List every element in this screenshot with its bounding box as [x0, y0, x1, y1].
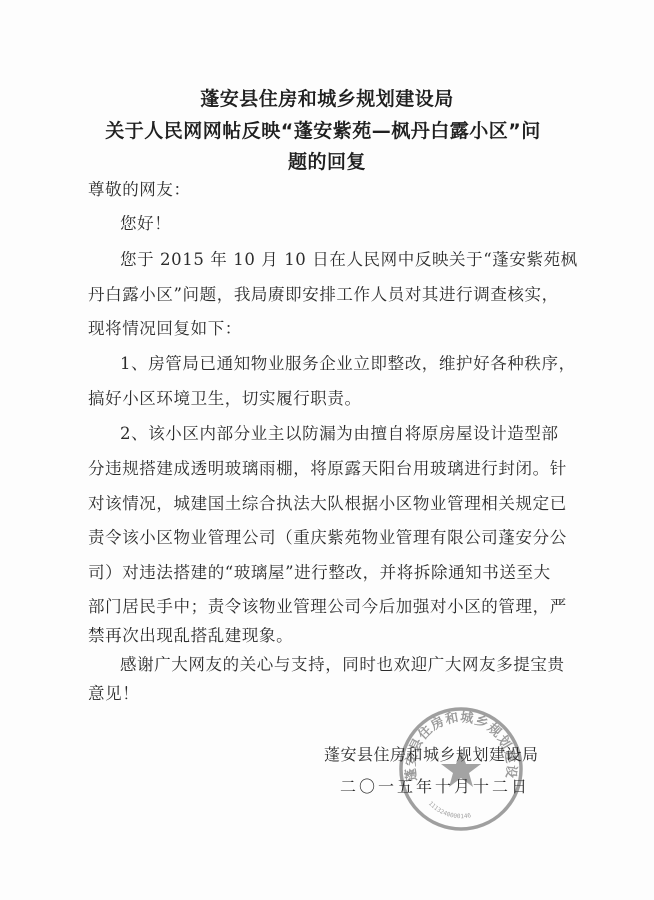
signature-date: 二〇一五年十月十二日 — [340, 774, 530, 797]
greeting: 您好！ — [120, 210, 171, 234]
official-seal-icon: 蓬安县住房和城乡规划建设局 1113240000146 — [398, 706, 524, 832]
svg-text:1113240000146: 1113240000146 — [427, 800, 472, 820]
title-line-1: 蓬安县住房和城乡规划建设局 — [0, 84, 654, 111]
body-line: 分违规搭建成透明玻璃雨棚，将原露天阳台用玻璃进行封闭。针 — [88, 455, 567, 479]
body-line: 禁再次出现乱搭乱建现象。 — [88, 622, 293, 646]
body-line: 现将情况回复如下： — [88, 315, 242, 339]
body-line: 1、房管局已通知物业服务企业立即整改，维护好各种秩序， — [120, 350, 576, 374]
body-line: 搞好小区环境卫生，切实履行职责。 — [88, 385, 362, 409]
salutation: 尊敬的网友： — [88, 176, 191, 200]
body-line: 丹白露小区”问题，我局赓即安排工作人员对其进行调查核实， — [88, 281, 559, 305]
body-line: 责令该小区物业管理公司（重庆紫苑物业管理有限公司蓬安分公 — [88, 524, 567, 548]
body-line: 部门居民手中；责令该物业管理公司今后加强对小区的管理，严 — [88, 593, 567, 617]
body-line: 您于 2015 年 10 月 10 日在人民网中反映关于“蓬安紫苑枫 — [120, 246, 578, 270]
body-line: 对该情况，城建国土综合执法大队根据小区物业管理相关规定已 — [88, 490, 567, 514]
title-line-3: 题的回复 — [0, 147, 654, 174]
title-line-2: 关于人民网网帖反映“蓬安紫苑—枫丹白露小区”问 — [0, 116, 650, 143]
body-line: 感谢广大网友的关心与支持，同时也欢迎广大网友多提宝贵 — [120, 651, 565, 675]
document-page: 蓬安县住房和城乡规划建设局 关于人民网网帖反映“蓬安紫苑—枫丹白露小区”问 题的… — [0, 0, 654, 900]
body-line: 意见！ — [88, 680, 139, 704]
body-line: 2、该小区内部分业主以防漏为由擅自将原房屋设计造型部 — [120, 420, 559, 444]
signature-organization: 蓬安县住房和城乡规划建设局 — [324, 742, 539, 765]
body-line: 司）对违法搭建的“玻璃屋”进行整改，并将拆除通知书送至大 — [88, 559, 551, 583]
